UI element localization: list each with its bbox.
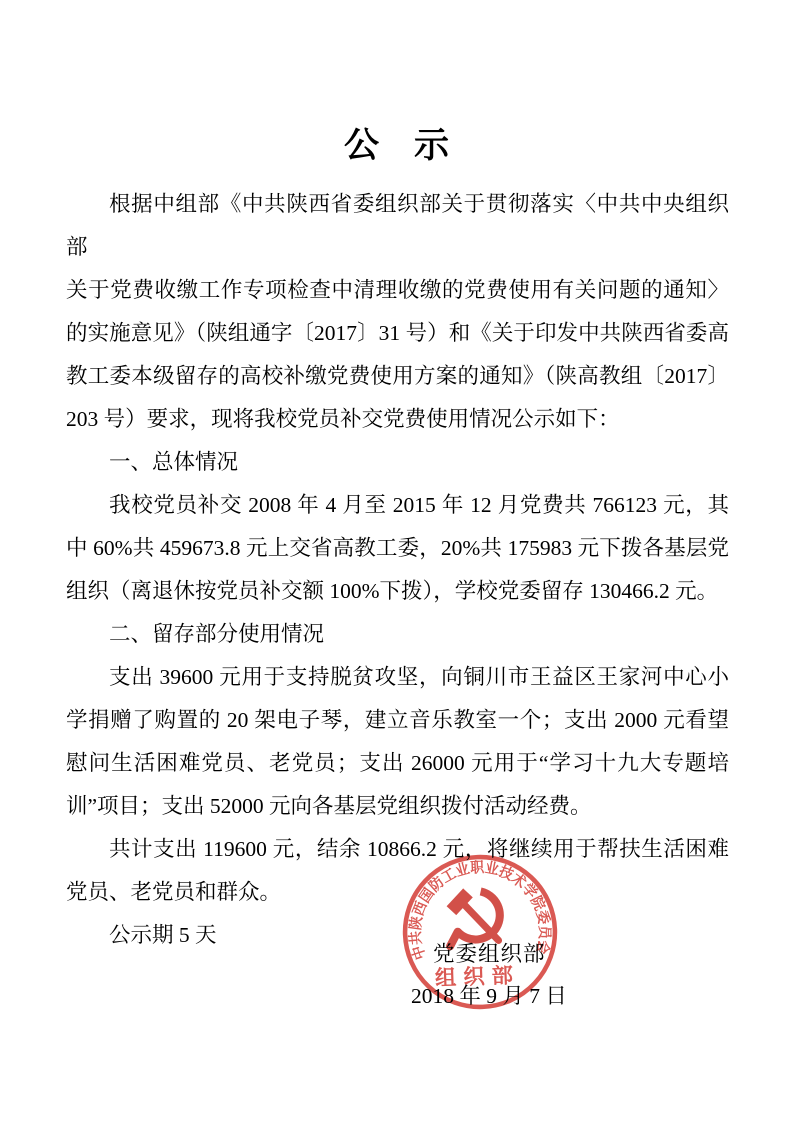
page-title: 公 示: [0, 118, 793, 168]
body-line: 支出 39600 元用于支持脱贫攻坚，向铜川市王益区王家河中心小: [66, 656, 729, 699]
body-line: 公示期 5 天: [66, 914, 729, 957]
body-line: 中 60%共 459673.8 元上交省高教工委，20%共 175983 元下拨…: [66, 527, 729, 570]
body-line: 学捐赠了购置的 20 架电子琴，建立音乐教室一个；支出 2000 元看望: [66, 699, 729, 742]
body-line: 我校党员补交 2008 年 4 月至 2015 年 12 月党费共 766123…: [66, 484, 729, 527]
document-page: 公 示 根据中组部《中共陕西省委组织部关于贯彻落实〈中共中央组织部 关于党费收缴…: [0, 0, 793, 1122]
body-line: 训”项目；支出 52000 元向各基层党组织拨付活动经费。: [66, 785, 729, 828]
body-line: 组织（离退休按党员补交额 100%下拨），学校党委留存 130466.2 元。: [66, 570, 729, 613]
section-heading: 二、留存部分使用情况: [66, 613, 729, 656]
seal-bottom-text: 组织部: [435, 963, 521, 990]
section-heading: 一、总体情况: [66, 441, 729, 484]
body-line: 根据中组部《中共陕西省委组织部关于贯彻落实〈中共中央组织部: [66, 183, 729, 269]
official-seal: 中共陕西国防工业职业技术学院委员会 组织部: [396, 848, 564, 1016]
body-line: 教工委本级留存的高校补缴党费使用方案的通知》（陕高教组〔2017〕: [66, 355, 729, 398]
body-line: 慰问生活困难党员、老党员；支出 26000 元用于“学习十九大专题培: [66, 742, 729, 785]
hammer-sickle-icon: [446, 887, 501, 946]
seal-ring-text: 中共陕西国防工业职业技术学院委员会: [404, 857, 555, 962]
body-line: 203 号）要求，现将我校党员补交党费使用情况公示如下：: [66, 398, 729, 441]
body-line: 的实施意见》（陕组通字〔2017〕31 号）和《关于印发中共陕西省委高: [66, 312, 729, 355]
document-body: 根据中组部《中共陕西省委组织部关于贯彻落实〈中共中央组织部 关于党费收缴工作专项…: [66, 183, 729, 957]
body-line: 关于党费收缴工作专项检查中清理收缴的党费使用有关问题的通知〉: [66, 269, 729, 312]
